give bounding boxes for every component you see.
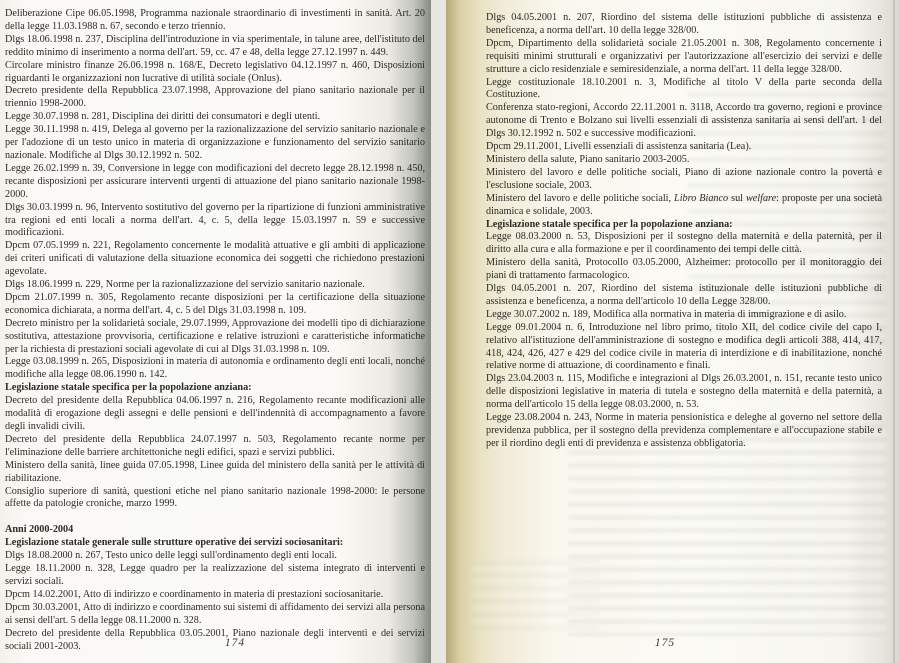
entry-paragraph: Ministero della sanità, Protocollo 03.05…: [486, 257, 882, 283]
entry-paragraph: Ministero del lavoro e delle politiche s…: [486, 193, 882, 219]
entry-paragraph: Legge 23.08.2004 n. 243, Norme in materi…: [486, 412, 882, 451]
entry-paragraph: Decreto ministro per la solidarietà soci…: [5, 318, 425, 357]
entry-paragraph: Dlgs 18.06.1999 n. 229, Norme per la raz…: [5, 279, 425, 292]
entry-paragraph: Dpcm 30.03.2001, Atto di indirizzo e coo…: [5, 602, 425, 628]
entry-paragraph: Dlgs 30.03.1999 n. 96, Intervento sostit…: [5, 202, 425, 241]
entry-paragraph: Dpcm, Dipartimento della solidarietà soc…: [486, 38, 882, 77]
entry-paragraph: Legge costituzionale 18.10.2001 n. 3, Mo…: [486, 77, 882, 103]
page-number-right: 175: [643, 637, 687, 649]
entry-paragraph: Dlgs 04.05.2001 n. 207, Riordino del sis…: [486, 283, 882, 309]
bleed-through-texture: [568, 424, 886, 636]
section-heading: Legislazione statale generale sulle stru…: [5, 537, 425, 550]
entry-paragraph: Dpcm 07.05.1999 n. 221, Regolamento conc…: [5, 240, 425, 279]
entry-paragraph: Deliberazione Cipe 06.05.1998, Programma…: [5, 8, 425, 34]
page-edge-shadow: [893, 0, 895, 663]
entry-paragraph: Consiglio superiore di sanità, questioni…: [5, 486, 425, 512]
page-number-left: 174: [213, 637, 257, 649]
entry-paragraph: Circolare ministro finanze 26.06.1998 n.…: [5, 60, 425, 86]
entry-paragraph: Conferenza stato-regioni, Accordo 22.11.…: [486, 102, 882, 141]
entry-paragraph: Legge 18.11.2000 n. 328, Legge quadro pe…: [5, 563, 425, 589]
page-gutter: [425, 0, 446, 663]
section-heading: Anni 2000-2004: [5, 524, 425, 537]
entry-paragraph: Legge 08.03.2000 n. 53, Disposizioni per…: [486, 231, 882, 257]
section-heading: Legislazione statale specifica per la po…: [486, 219, 882, 232]
entry-paragraph: Dlgs 18.06.1998 n. 237, Disciplina dell'…: [5, 34, 425, 60]
entry-paragraph: Legge 03.08.1999 n. 265, Disposizioni in…: [5, 356, 425, 382]
entry-paragraph: Ministero della sanità, linee guida 07.0…: [5, 460, 425, 486]
section-heading: Legislazione statale specifica per la po…: [5, 382, 425, 395]
entry-paragraph: Legge 30.07.1998 n. 281, Disciplina dei …: [5, 111, 425, 124]
entry-paragraph: Decreto presidente della Repubblica 23.0…: [5, 85, 425, 111]
bleed-through-texture: [470, 560, 600, 630]
entry-paragraph: Dpcm 29.11.2001, Livelli essenziali di a…: [486, 141, 882, 154]
entry-paragraph: Decreto del presidente della Repubblica …: [5, 434, 425, 460]
entry-paragraph: Ministero del lavoro e delle politiche s…: [486, 167, 882, 193]
entry-paragraph: Dpcm 14.02.2001, Atto di indirizzo e coo…: [5, 589, 425, 602]
entry-paragraph: Dlgs 04.05.2001 n. 207, Riordino del sis…: [486, 12, 882, 38]
entry-paragraph: Legge 09.01.2004 n. 6, Introduzione nel …: [486, 322, 882, 374]
entry-paragraph: Decreto del presidente della Repubblica …: [5, 395, 425, 434]
entry-paragraph: Legge 30.11.1998 n. 419, Delega al gover…: [5, 124, 425, 163]
entry-paragraph: Dlgs 23.04.2003 n. 115, Modifiche e inte…: [486, 373, 882, 412]
left-page-text: Deliberazione Cipe 06.05.1998, Programma…: [5, 8, 425, 653]
entry-paragraph: Dlgs 18.08.2000 n. 267, Testo unico dell…: [5, 550, 425, 563]
right-page-text: Dlgs 04.05.2001 n. 207, Riordino del sis…: [486, 12, 882, 451]
entry-paragraph: Legge 30.07.2002 n. 189, Modifica alla n…: [486, 309, 882, 322]
entry-paragraph: Dpcm 21.07.1999 n. 305, Regolamento reca…: [5, 292, 425, 318]
entry-paragraph: Legge 26.02.1999 n. 39, Conversione in l…: [5, 163, 425, 202]
entry-paragraph: Ministero della salute, Piano sanitario …: [486, 154, 882, 167]
book-spread: Deliberazione Cipe 06.05.1998, Programma…: [0, 0, 900, 663]
